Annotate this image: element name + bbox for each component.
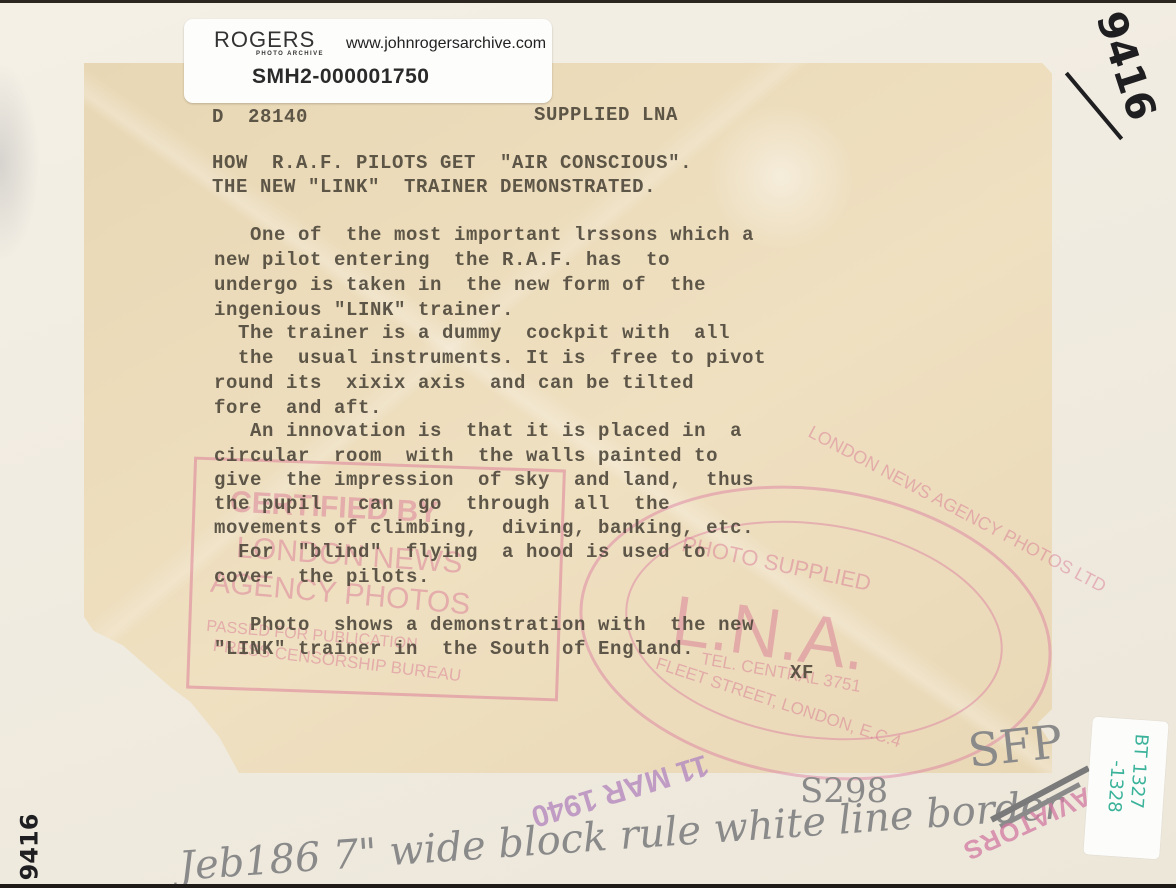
handwritten-number-s298: S298 [800,771,888,811]
body-line: round its xixix axis and can be tilted [214,371,694,396]
archive-item-code: SMH2-000001750 [252,65,429,89]
body-line: new pilot entering the R.A.F. has to [214,248,670,273]
closing-line: "LINK" trainer in the South of England. [214,637,694,662]
handwritten-number-bottom-left: 9416 [15,814,43,881]
scan-bottom-edge [0,884,1176,888]
supplier-line: SUPPLIED LNA [534,103,678,128]
catalog-tag: BT 1327 -1328 [1083,717,1168,860]
photo-back-card: CERTIFIED BY LONDON NEWS AGENCY PHOTOS P… [0,0,1176,884]
handwritten-initials-sfp: SFP [965,714,1065,778]
catalog-tag-line-2: -1328 [1103,760,1128,814]
rogers-logo: ROGERS [214,27,315,53]
body-line: the pupil can go through all the [214,492,670,517]
scan-shadow [0,63,40,263]
body-line: fore and aft. [214,396,382,421]
body-line: The trainer is a dummy cockpit with all [214,321,730,346]
body-line: ingenious "LINK" trainer. [214,298,514,323]
body-line: circular room with the walls painted to [214,444,718,469]
headline-line-2: THE NEW "LINK" TRAINER DEMONSTRATED. [212,175,656,200]
reference-number: D 28140 [212,105,308,130]
body-line: the usual instruments. It is free to piv… [214,346,766,371]
typist-initials: XF [790,661,814,686]
body-line: For "blind" flying a hood is used to [214,540,706,565]
headline-line-1: HOW R.A.F. PILOTS GET "AIR CONSCIOUS". [212,151,692,176]
body-line: cover the pilots. [214,565,430,590]
body-line: give the impression of sky and land, thu… [214,468,754,493]
body-line: An innovation is that it is placed in a [214,419,742,444]
catalog-tag-line-1: BT 1327 [1126,733,1152,809]
body-line: One of the most important lrssons which … [214,223,754,248]
closing-line: Photo shows a demonstration with the new [214,613,754,638]
archive-label: ROGERS PHOTO ARCHIVE www.johnrogersarchi… [184,19,552,103]
body-line: undergo is taken in the new form of the [214,273,706,298]
body-line: movements of climbing, diving, banking, … [214,516,754,541]
archive-url: www.johnrogersarchive.com [346,35,546,53]
rogers-logo-subtitle: PHOTO ARCHIVE [256,51,324,57]
